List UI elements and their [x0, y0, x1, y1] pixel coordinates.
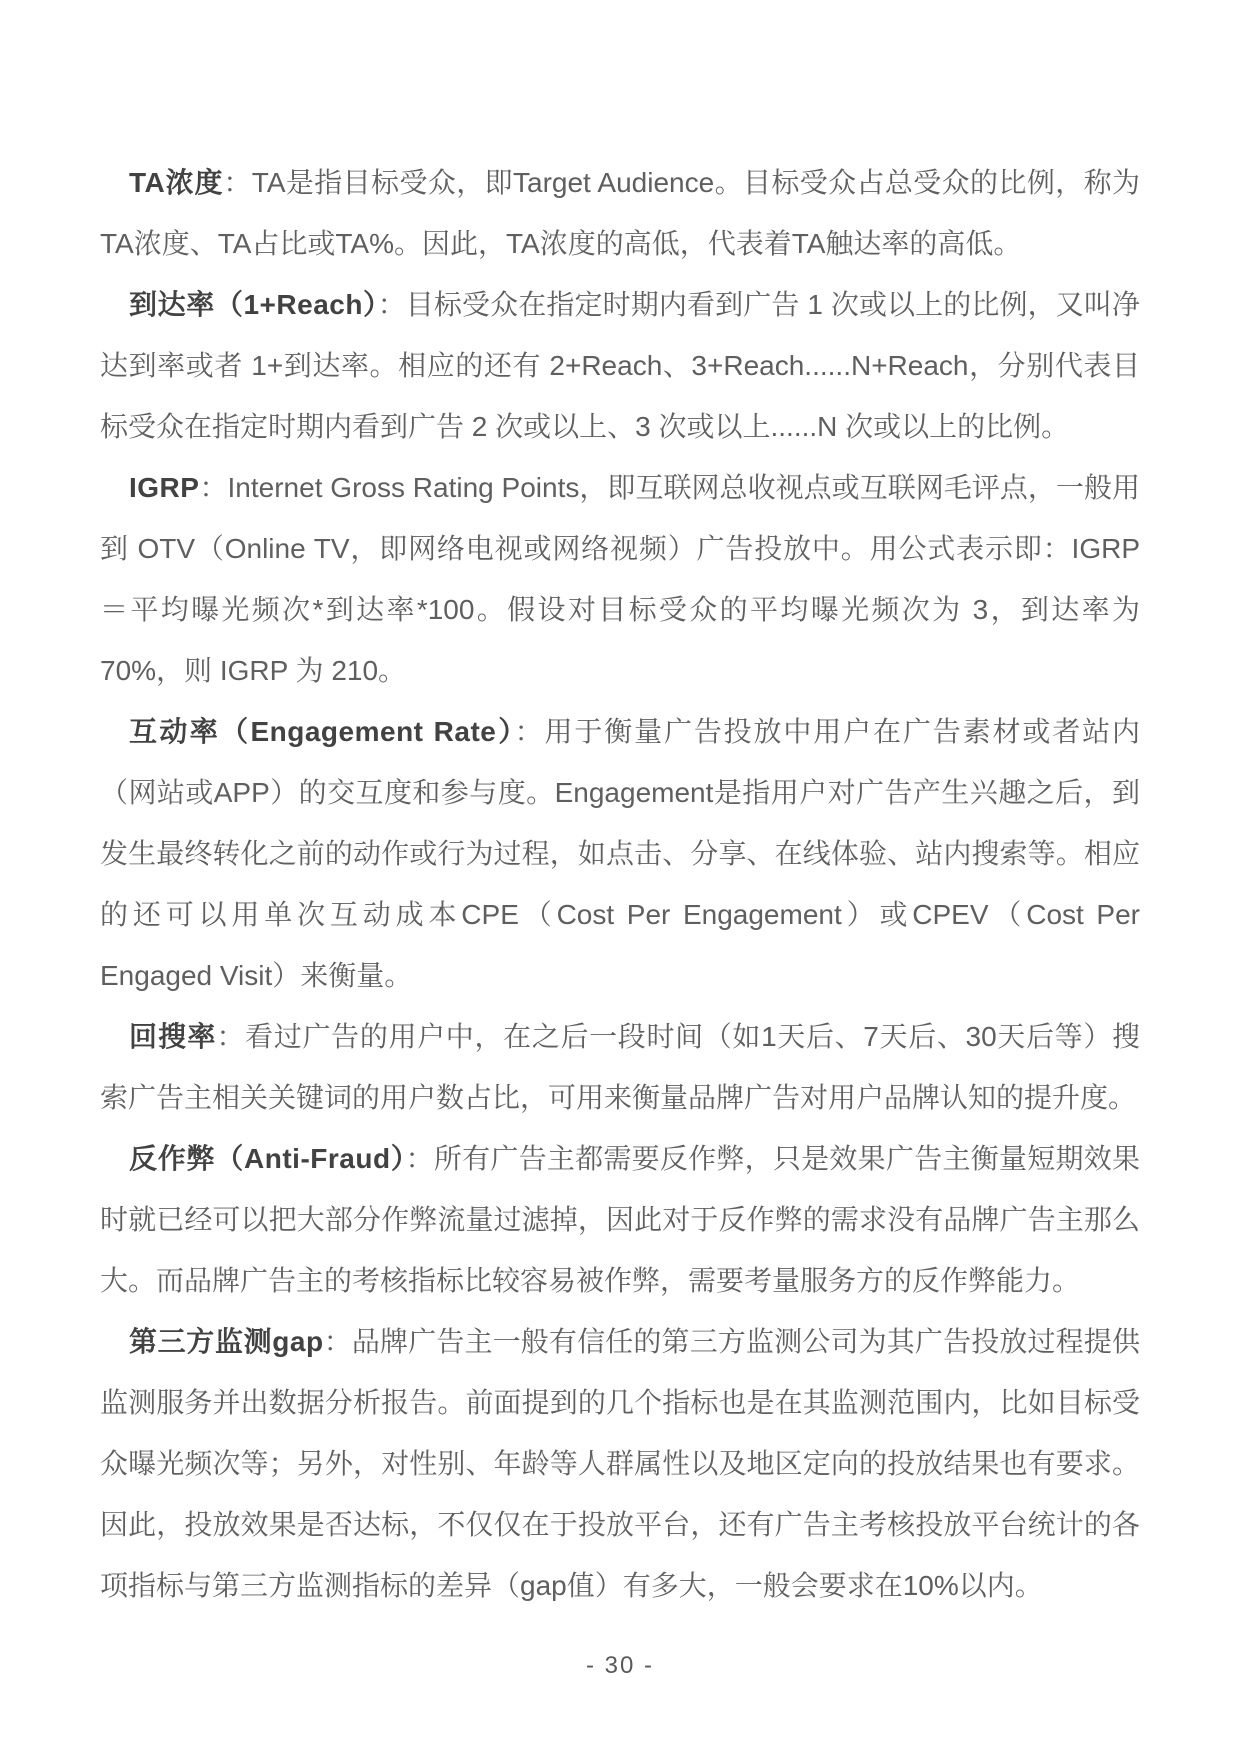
term-label: 回搜率 [129, 1021, 217, 1052]
glossary-section: TA浓度：TA是指目标受众，即Target Audience。目标受众占总受众的… [100, 152, 1140, 1616]
term-label: IGRP [129, 472, 199, 503]
term-definition: ：TA是指目标受众，即Target Audience。目标受众占总受众的比例，称… [100, 167, 1140, 259]
document-page: TA浓度：TA是指目标受众，即Target Audience。目标受众占总受众的… [0, 0, 1240, 1754]
glossary-paragraph: TA浓度：TA是指目标受众，即Target Audience。目标受众占总受众的… [100, 152, 1140, 274]
glossary-paragraph: 回搜率：看过广告的用户中，在之后一段时间（如1天后、7天后、30天后等）搜索广告… [100, 1006, 1140, 1128]
term-definition: ：品牌广告主一般有信任的第三方监测公司为其广告投放过程提供监测服务并出数据分析报… [100, 1326, 1140, 1601]
term-label: 反作弊（Anti-Fraud） [129, 1143, 406, 1174]
term-label: 互动率（Engagement Rate） [129, 716, 515, 747]
page-number-label: - 30 - [586, 1652, 654, 1679]
term-label: 到达率（1+Reach） [129, 289, 378, 320]
glossary-paragraph: 互动率（Engagement Rate）：用于衡量广告投放中用户在广告素材或者站… [100, 701, 1140, 1006]
term-definition: ：Internet Gross Rating Points，即互联网总收视点或互… [100, 472, 1140, 686]
glossary-paragraph: IGRP：Internet Gross Rating Points，即互联网总收… [100, 457, 1140, 701]
term-label: TA浓度 [129, 167, 223, 198]
glossary-paragraph: 反作弊（Anti-Fraud）：所有广告主都需要反作弊，只是效果广告主衡量短期效… [100, 1128, 1140, 1311]
term-definition: ：看过广告的用户中，在之后一段时间（如1天后、7天后、30天后等）搜索广告主相关… [100, 1021, 1140, 1113]
page-footer: - 30 - [0, 1652, 1240, 1680]
glossary-paragraph: 到达率（1+Reach）：目标受众在指定时期内看到广告 1 次或以上的比例，又叫… [100, 274, 1140, 457]
glossary-paragraph: 第三方监测gap：品牌广告主一般有信任的第三方监测公司为其广告投放过程提供监测服… [100, 1311, 1140, 1616]
term-label: 第三方监测gap [129, 1326, 324, 1357]
term-definition: ：用于衡量广告投放中用户在广告素材或者站内（网站或APP）的交互度和参与度。En… [100, 716, 1140, 991]
